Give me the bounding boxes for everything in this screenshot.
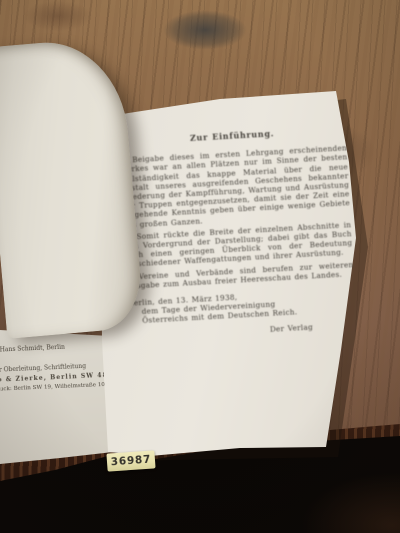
imprint-line: Druck: Berlin SW 19, Wilhelmstraße 10 (0, 382, 105, 394)
inventory-number: 36987 (110, 454, 151, 469)
imprint-line: von Hans Schmidt, Berlin (0, 344, 65, 354)
inventory-sticker: 36987 (106, 450, 155, 471)
foreword-paragraph: Beigabe dieses im ersten Lehrgang ersche… (119, 143, 351, 229)
dateline-block: Berlin, den 13. März 1938, dem Tage der … (127, 286, 356, 326)
imprint-text-block: von Hans Schmidt, Berlin in der Oberleit… (0, 336, 117, 411)
foreword-text-block: Zur Einführung. Beigabe dieses im ersten… (118, 125, 359, 377)
book-photo: von Hans Schmidt, Berlin in der Oberleit… (0, 0, 400, 533)
